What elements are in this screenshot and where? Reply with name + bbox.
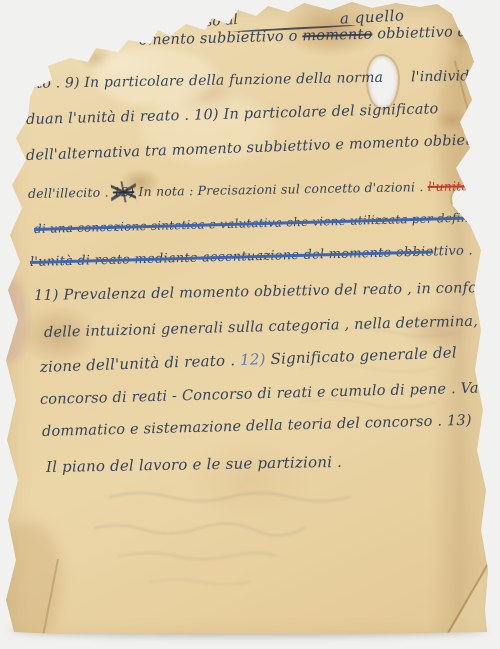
manuscript-line: concorso di reati - Concorso di reati e … [40, 380, 500, 408]
text-segment: 12) [113, 184, 135, 199]
manuscript-line: dell'illecito . 12) In nota : Precisazio… [28, 178, 469, 201]
manuscript-line: Il piano del lavoro e le sue partizioni … [46, 453, 342, 476]
text-segment: duan l'unità di reato . 10) In particola… [26, 101, 439, 128]
text-segment: seguito [59, 33, 115, 50]
insertion-text-right: a quello [340, 6, 405, 27]
text-segment: Il piano del lavoro e le sue partizioni … [46, 453, 342, 476]
fold-crease-bottom-left [39, 559, 59, 649]
text-segment: zione dell'unità di reato . [40, 351, 241, 376]
manuscript-line: ata di seguito . omento subbiettivo o mo… [12, 24, 481, 52]
text-segment: l'individ. [411, 68, 474, 85]
manuscript-line: zione dell'unità di reato . 12) Signific… [40, 343, 457, 376]
text-segment: delle intuizioni generali sulla categori… [44, 314, 478, 341]
wrinkle-line [467, 121, 474, 181]
text-segment: dommatico e sistemazione della teoria de… [42, 413, 472, 440]
text-segment: di una concezione sintetica e valutativa… [34, 210, 486, 236]
text-segment: ttivo . [433, 243, 473, 259]
insertion-text-left: so al [204, 12, 238, 30]
scanned-document: so al a quello ata di seguito . omento s… [0, 0, 500, 649]
manuscript-line: duan l'unità di reato . 10) In particola… [26, 101, 439, 128]
text-segment: ata di [12, 35, 60, 52]
text-segment: obbiettivo del [372, 24, 481, 43]
text-segment: . [115, 33, 139, 50]
text-segment: In nota : Precisazioni sul concetto d'az… [134, 179, 428, 199]
text-segment: l'unità di reato mediante accentuazione … [30, 244, 434, 270]
text-segment: concorso di reati - Concorso di reati e … [40, 380, 500, 408]
manuscript-line: l'unità di reato mediante accentuazione … [30, 243, 473, 270]
text-segment: Significato generale del [265, 343, 457, 368]
manuscript-line: dommatico e sistemazione della teoria de… [42, 413, 472, 440]
manuscript-line: delle intuizioni generali sulla categori… [44, 314, 478, 341]
text-segment: 11) Prevalenza del momento obbiettivo de… [34, 280, 500, 304]
text-segment: l'unità [428, 178, 470, 194]
text-segment: momento [302, 27, 373, 45]
text-segment: dell'alternativa tra momento subbiettivo… [26, 131, 500, 164]
text-segment: dell'illecito . [28, 185, 113, 201]
corner-shading [0, 520, 62, 645]
manuscript-line: ato . 9) In particolare della funzione d… [28, 68, 474, 92]
text-segment: 12) [240, 350, 266, 369]
manuscript-line: 11) Prevalenza del momento obbiettivo de… [34, 280, 500, 304]
manuscript-line: di una concezione sintetica e valutativa… [34, 210, 486, 236]
manuscript-line: dell'alternativa tra momento subbiettivo… [26, 131, 500, 164]
ink-smudge [0, 278, 28, 362]
text-segment: ato . 9) In particolare della funzione d… [28, 70, 383, 92]
manuscript-paper: so al a quello ata di seguito . omento s… [0, 0, 500, 649]
text-segment: omento subbiettivo o [139, 28, 303, 48]
